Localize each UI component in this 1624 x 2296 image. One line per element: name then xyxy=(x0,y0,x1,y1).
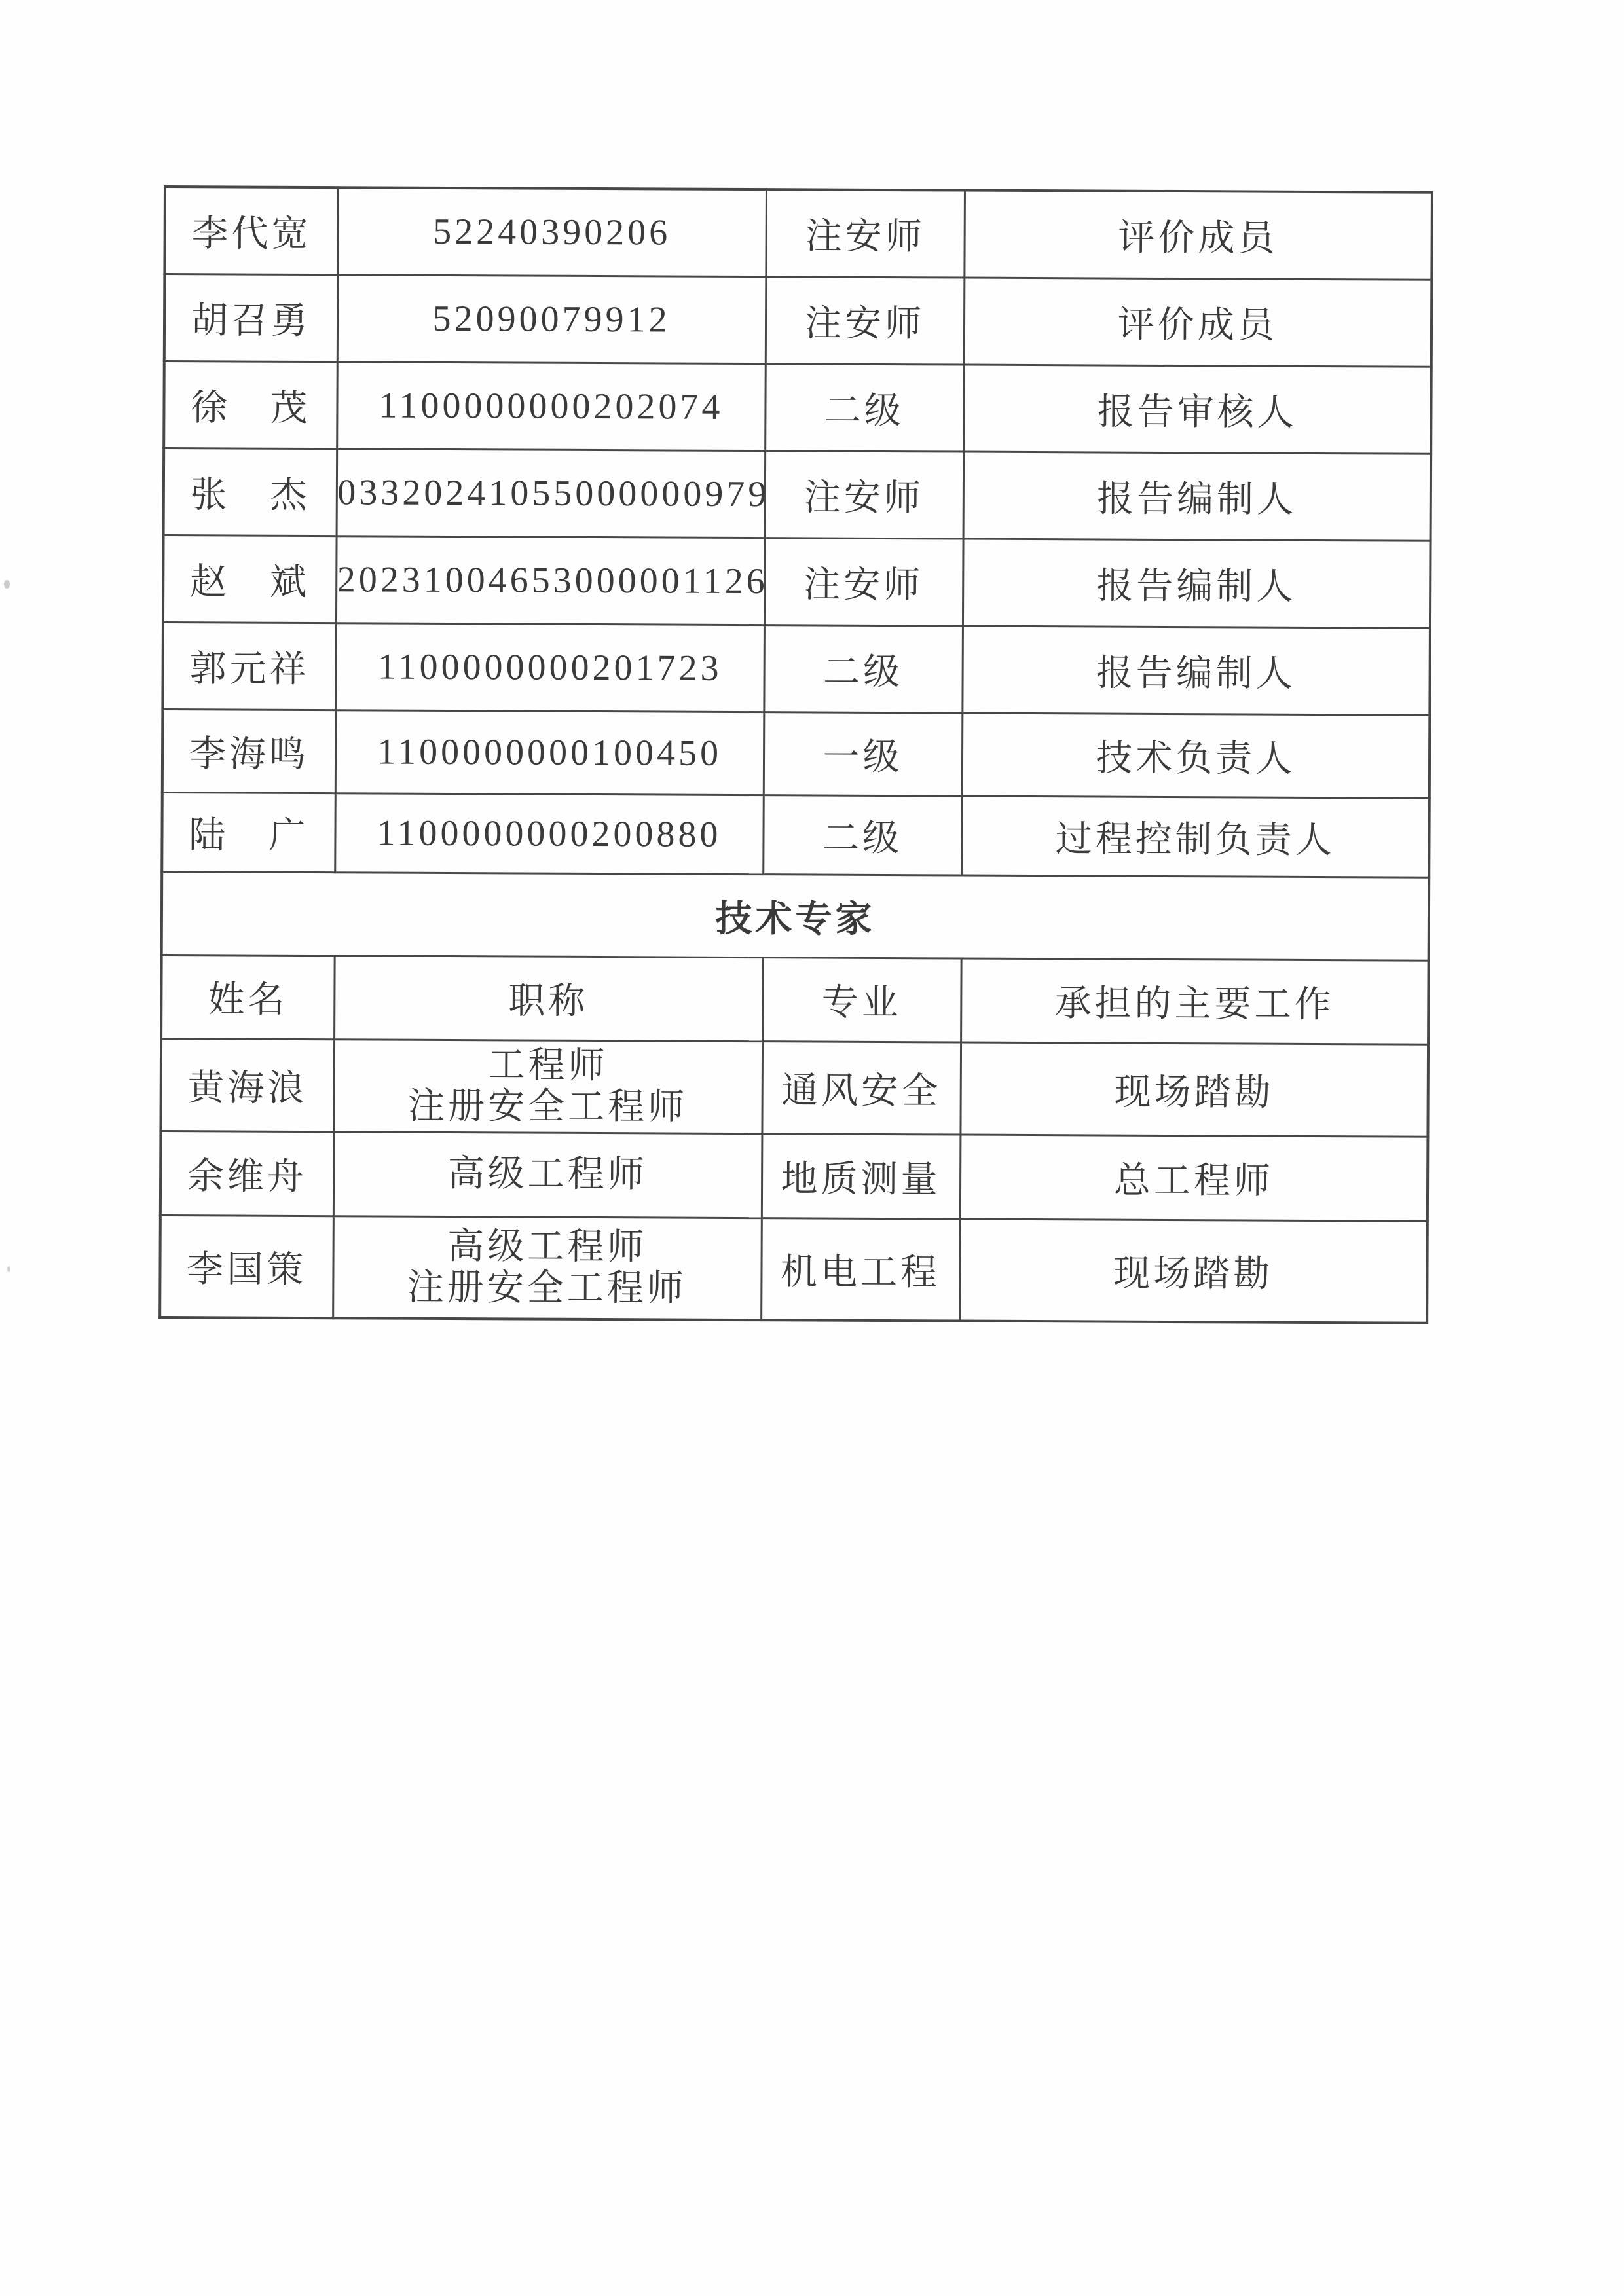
qualification-cell: 二级 xyxy=(764,625,963,712)
job-title-line1: 高级工程师 xyxy=(334,1226,760,1269)
main-work-cell: 现场踏勘 xyxy=(959,1219,1428,1323)
experts-column-header-row: 姓名 职称 专业 承担的主要工作 xyxy=(161,955,1429,1044)
cert-number-cell: 1100000000202074 xyxy=(337,361,766,450)
cert-number-cell: 1100000000201723 xyxy=(335,623,764,712)
qualification-cell: 二级 xyxy=(763,795,962,875)
name-cell: 胡召勇 xyxy=(164,274,338,361)
role-cell: 报告审核人 xyxy=(963,365,1431,454)
scanned-page-table-area: 李代宽 52240390206 注安师 评价成员 胡召勇 52090079912… xyxy=(158,185,1431,1324)
job-title-line2: 注册安全工程师 xyxy=(335,1085,761,1129)
name-cell: 徐 茂 xyxy=(164,361,337,448)
job-title-line1: 工程师 xyxy=(335,1044,761,1087)
evaluator-row: 赵 斌 20231004653000001126 注安师 报告编制人 xyxy=(163,535,1431,628)
role-cell: 评价成员 xyxy=(964,191,1432,280)
experts-section-header: 技术专家 xyxy=(162,871,1430,960)
qualification-cell: 注安师 xyxy=(764,538,963,625)
evaluator-row: 徐 茂 1100000000202074 二级 报告审核人 xyxy=(164,361,1431,454)
cert-number-cell: 20231004653000001126 xyxy=(336,536,765,625)
role-cell: 过程控制负责人 xyxy=(961,796,1430,877)
specialty-cell: 机电工程 xyxy=(761,1218,960,1321)
cert-number-cell: 52090079912 xyxy=(337,274,766,363)
expert-row: 李国策 高级工程师 注册安全工程师 机电工程 现场踏勘 xyxy=(160,1215,1428,1323)
name-cell: 赵 斌 xyxy=(163,535,337,623)
header-specialty: 专业 xyxy=(762,957,961,1042)
job-title-cell: 高级工程师 注册安全工程师 xyxy=(333,1216,762,1320)
header-name: 姓名 xyxy=(161,955,335,1039)
qualification-cell: 注安师 xyxy=(766,276,965,364)
personnel-qualification-table: 李代宽 52240390206 注安师 评价成员 胡召勇 52090079912… xyxy=(158,185,1433,1324)
expert-name-cell: 黄海浪 xyxy=(160,1038,334,1131)
cert-number-cell: 1100000000100450 xyxy=(335,710,764,795)
expert-row: 黄海浪 工程师 注册安全工程师 通风安全 现场踏勘 xyxy=(160,1038,1428,1137)
cert-number-cell: 1100000000200880 xyxy=(335,793,764,874)
specialty-cell: 通风安全 xyxy=(762,1041,961,1134)
role-cell: 报告编制人 xyxy=(963,539,1431,628)
qualification-cell: 一级 xyxy=(764,712,963,795)
specialty-cell: 地质测量 xyxy=(762,1133,961,1218)
header-main-work: 承担的主要工作 xyxy=(961,958,1429,1044)
evaluator-row: 李代宽 52240390206 注安师 评价成员 xyxy=(164,187,1432,280)
expert-name-cell: 余维舟 xyxy=(160,1131,334,1216)
role-cell: 报告编制人 xyxy=(962,626,1430,715)
main-work-cell: 现场踏勘 xyxy=(960,1042,1428,1137)
role-cell: 报告编制人 xyxy=(963,452,1431,541)
name-cell: 张 杰 xyxy=(164,448,337,536)
expert-name-cell: 李国策 xyxy=(160,1215,333,1318)
cert-number-cell: 03320241055000000979 xyxy=(337,448,766,538)
role-cell: 技术负责人 xyxy=(962,713,1430,798)
job-title-cell: 工程师 注册安全工程师 xyxy=(333,1039,762,1133)
name-cell: 李代宽 xyxy=(164,187,338,274)
expert-row: 余维舟 高级工程师 地质测量 总工程师 xyxy=(160,1131,1428,1221)
qualification-cell: 二级 xyxy=(765,363,964,451)
name-cell: 陆 广 xyxy=(162,792,335,872)
job-title-line2: 注册安全工程师 xyxy=(334,1267,760,1310)
name-cell: 郭元祥 xyxy=(162,622,336,710)
role-cell: 评价成员 xyxy=(964,278,1432,367)
name-cell: 李海鸣 xyxy=(162,709,336,793)
evaluator-row: 郭元祥 1100000000201723 二级 报告编制人 xyxy=(162,622,1430,715)
evaluator-row: 张 杰 03320241055000000979 注安师 报告编制人 xyxy=(164,448,1431,541)
main-work-cell: 总工程师 xyxy=(960,1135,1428,1221)
cert-number-cell: 52240390206 xyxy=(337,187,766,276)
evaluator-row: 陆 广 1100000000200880 二级 过程控制负责人 xyxy=(162,792,1430,877)
qualification-cell: 注安师 xyxy=(765,450,964,538)
experts-section-title: 技术专家 xyxy=(162,871,1430,960)
job-title-line1: 高级工程师 xyxy=(335,1153,761,1196)
evaluator-row: 李海鸣 1100000000100450 一级 技术负责人 xyxy=(162,709,1430,798)
header-job-title: 职称 xyxy=(334,955,763,1041)
job-title-cell: 高级工程师 xyxy=(333,1131,762,1218)
evaluator-row: 胡召勇 52090079912 注安师 评价成员 xyxy=(164,274,1432,367)
qualification-cell: 注安师 xyxy=(766,189,965,277)
